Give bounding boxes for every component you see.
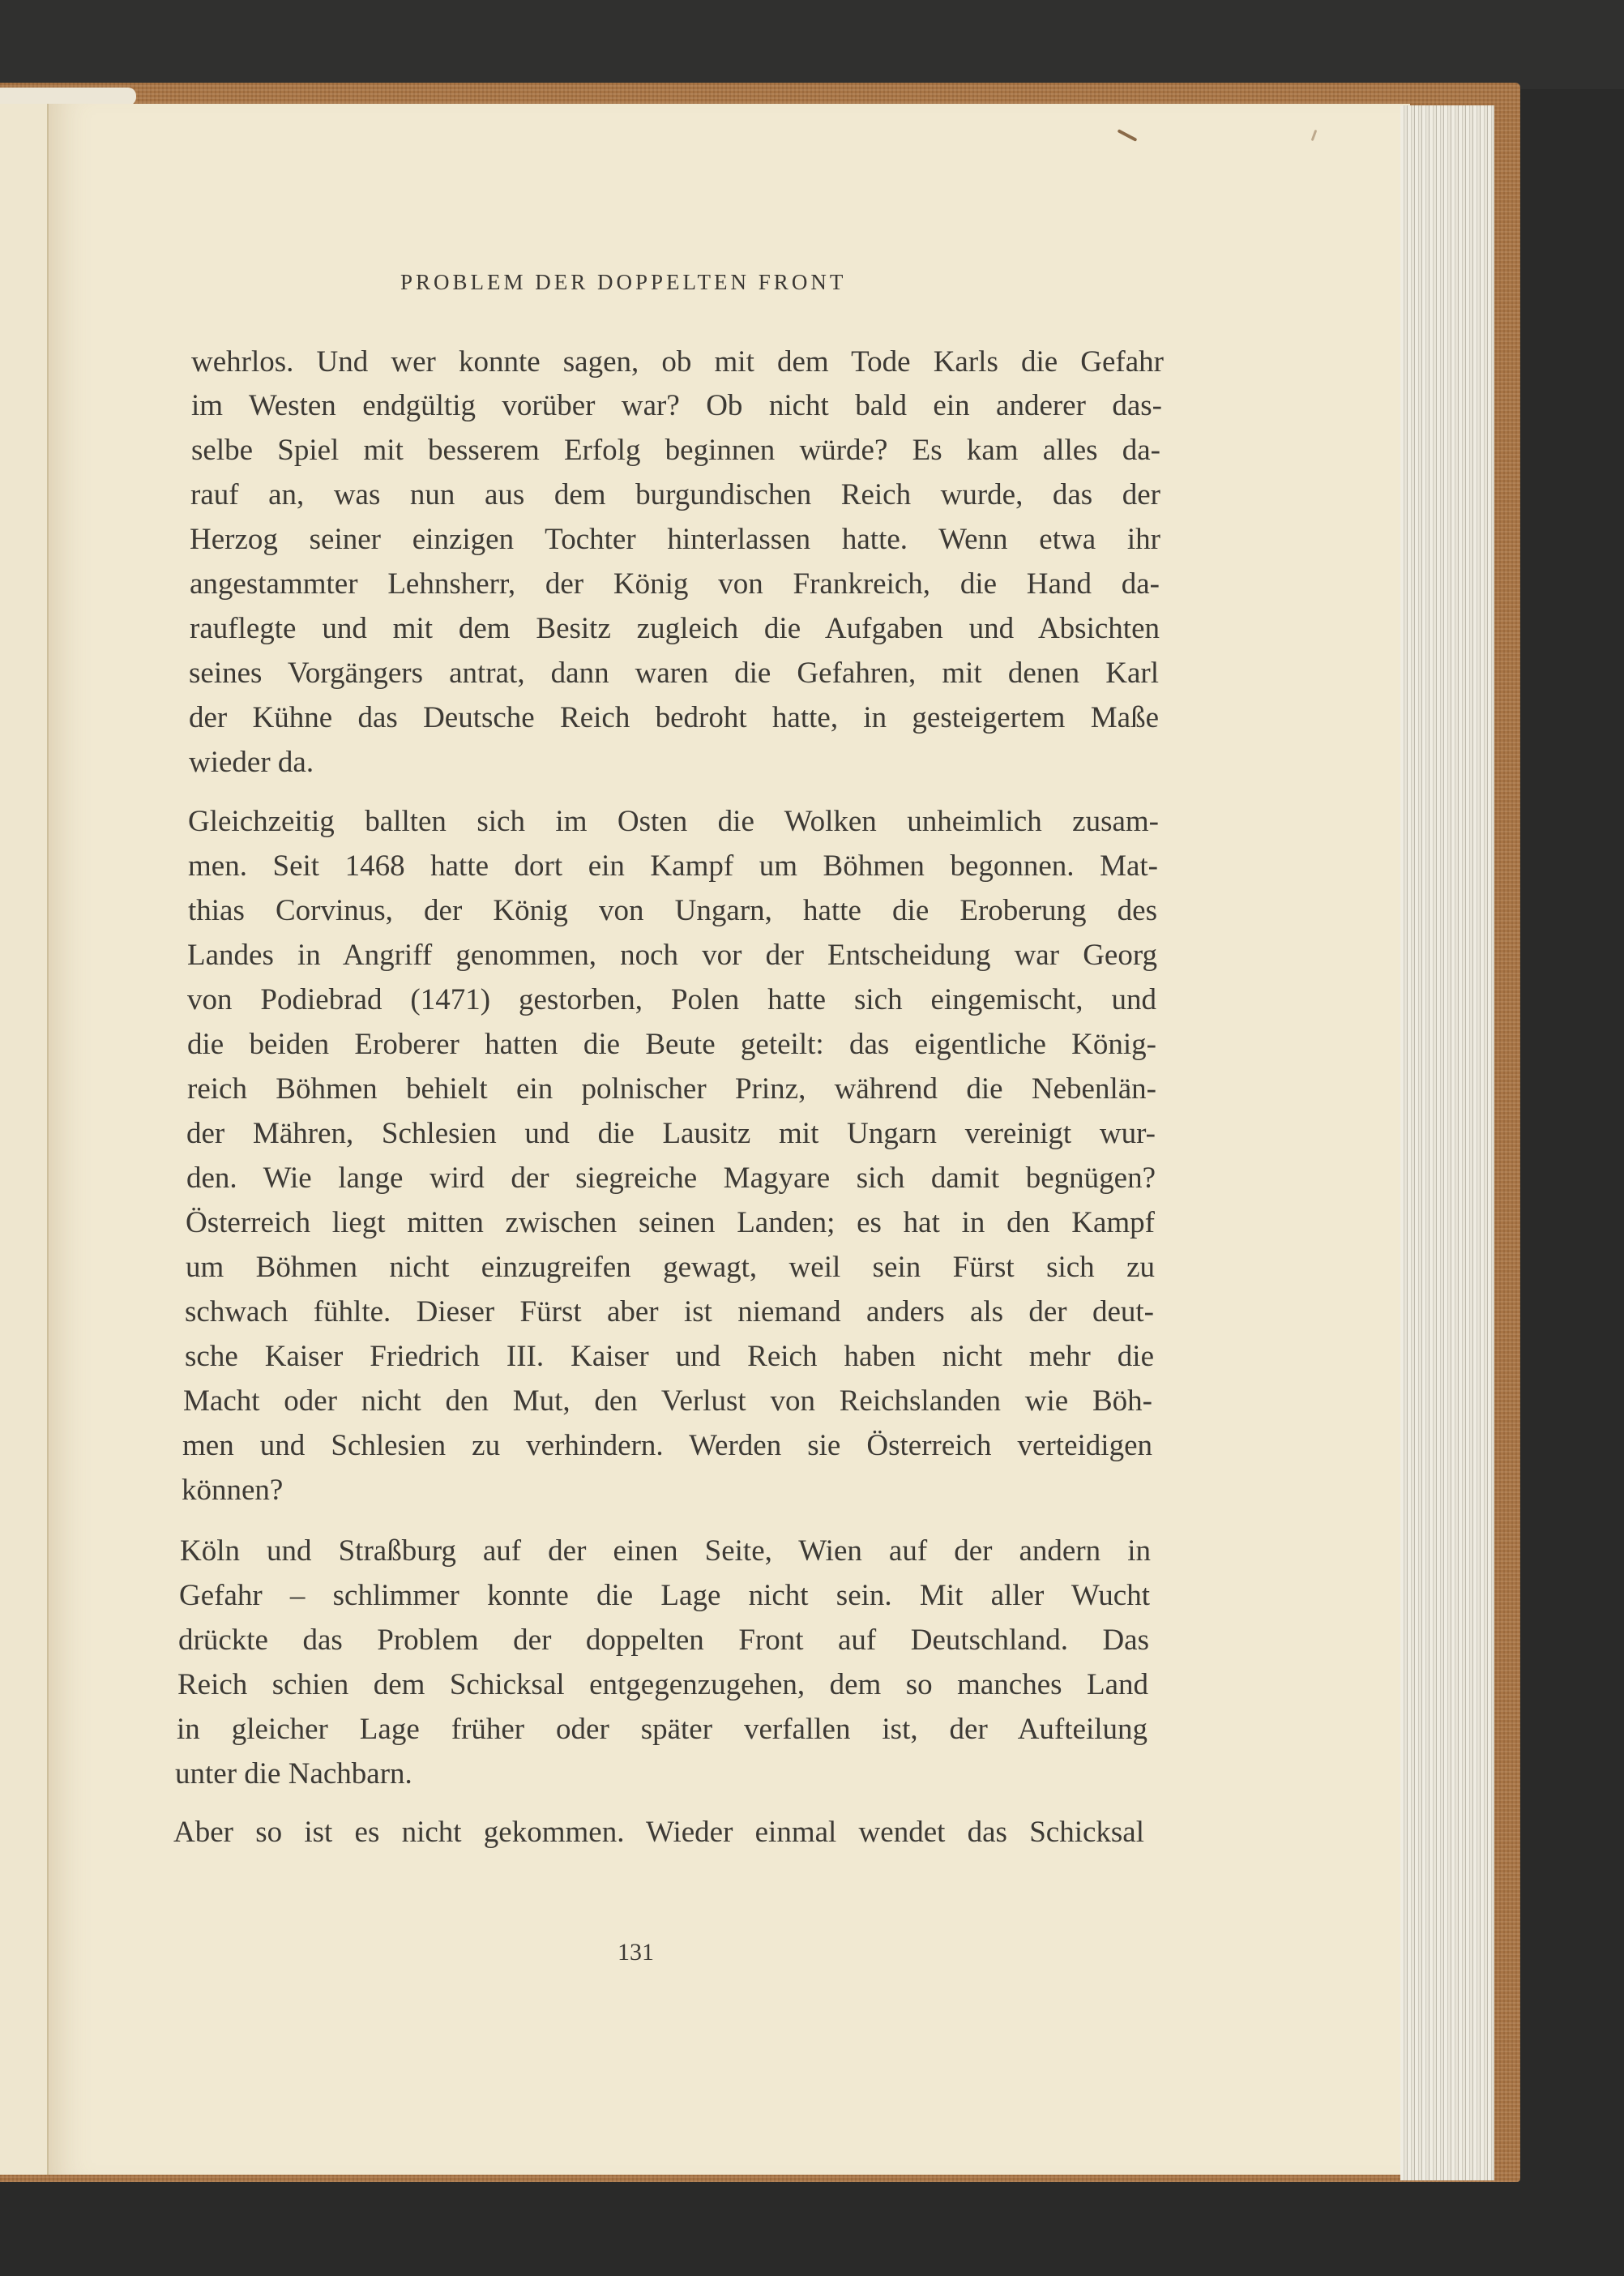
page-number: 131 <box>618 1939 654 1966</box>
text-line: Köln und Straßburg auf der einen Seite, … <box>180 1536 1151 1568</box>
text-line: Reich schien dem Schicksal entgegenzugeh… <box>177 1670 1148 1702</box>
text-line: Herzog seiner einzigen Tochter hinterlas… <box>190 524 1160 557</box>
text-line: Gleichzeitig ballten sich im Osten die W… <box>188 806 1159 839</box>
text-line: thias Corvinus, der König von Ungarn, ha… <box>188 896 1157 928</box>
text-line: reich Böhmen behielt ein polnischer Prin… <box>187 1074 1156 1106</box>
text-line: Gefahr – schlimmer konnte die Lage nicht… <box>179 1581 1150 1613</box>
text-line: Macht oder nicht den Mut, den Verlust vo… <box>183 1386 1152 1418</box>
text-line: men. Seit 1468 hatte dort ein Kampf um B… <box>188 851 1158 883</box>
text-line: Landes in Angriff genommen, noch vor der… <box>187 940 1157 973</box>
bookmark-ribbon <box>0 88 136 105</box>
text-line: Aber so ist es nicht gekommen. Wieder ei… <box>173 1817 1144 1850</box>
text-line: men und Schlesien zu verhindern. Werden … <box>182 1431 1152 1463</box>
text-line: in gleicher Lage früher oder später verf… <box>177 1714 1147 1747</box>
text-line: drückte das Problem der doppelten Front … <box>178 1625 1149 1658</box>
text-line: rauflegte und mit dem Besitz zugleich di… <box>190 614 1160 646</box>
text-line: können? <box>182 1475 283 1505</box>
text-line: unter die Nachbarn. <box>175 1759 412 1789</box>
text-line: wieder da. <box>189 747 314 777</box>
text-line: den. Wie lange wird der siegreiche Magya… <box>186 1163 1156 1196</box>
text-line: Österreich liegt mitten zwischen seinen … <box>186 1208 1155 1240</box>
text-line: im Westen endgültig vorüber war? Ob nich… <box>191 391 1162 423</box>
text-line: der Mähren, Schlesien und die Lausitz mi… <box>186 1119 1156 1151</box>
text-line: selbe Spiel mit besserem Erfolg beginnen… <box>191 435 1160 468</box>
text-line: wehrlos. Und wer konnte sagen, ob mit de… <box>191 347 1164 379</box>
text-line: schwach fühlte. Dieser Fürst aber ist ni… <box>185 1297 1154 1329</box>
text-line: von Podiebrad (1471) gestorben, Polen ha… <box>187 985 1156 1017</box>
scan-background <box>0 0 1624 89</box>
text-line: rauf an, was nun aus dem burgundischen R… <box>190 480 1160 512</box>
running-header-text: PROBLEM DER DOPPELTEN FRONT <box>400 270 846 295</box>
text-line: der Kühne das Deutsche Reich bedroht hat… <box>189 703 1159 735</box>
text-line: die beiden Eroberer hatten die Beute get… <box>187 1029 1156 1062</box>
left-page-edge <box>0 104 49 2175</box>
text-line: sche Kaiser Friedrich III. Kaiser und Re… <box>185 1341 1154 1374</box>
text-line: seines Vorgängers antrat, dann waren die… <box>189 658 1159 691</box>
page-edges-stack <box>1400 105 1494 2180</box>
text-line: angestammter Lehnsherr, der König von Fr… <box>190 569 1160 601</box>
text-line: um Böhmen nicht einzugreifen gewagt, wei… <box>186 1252 1155 1285</box>
